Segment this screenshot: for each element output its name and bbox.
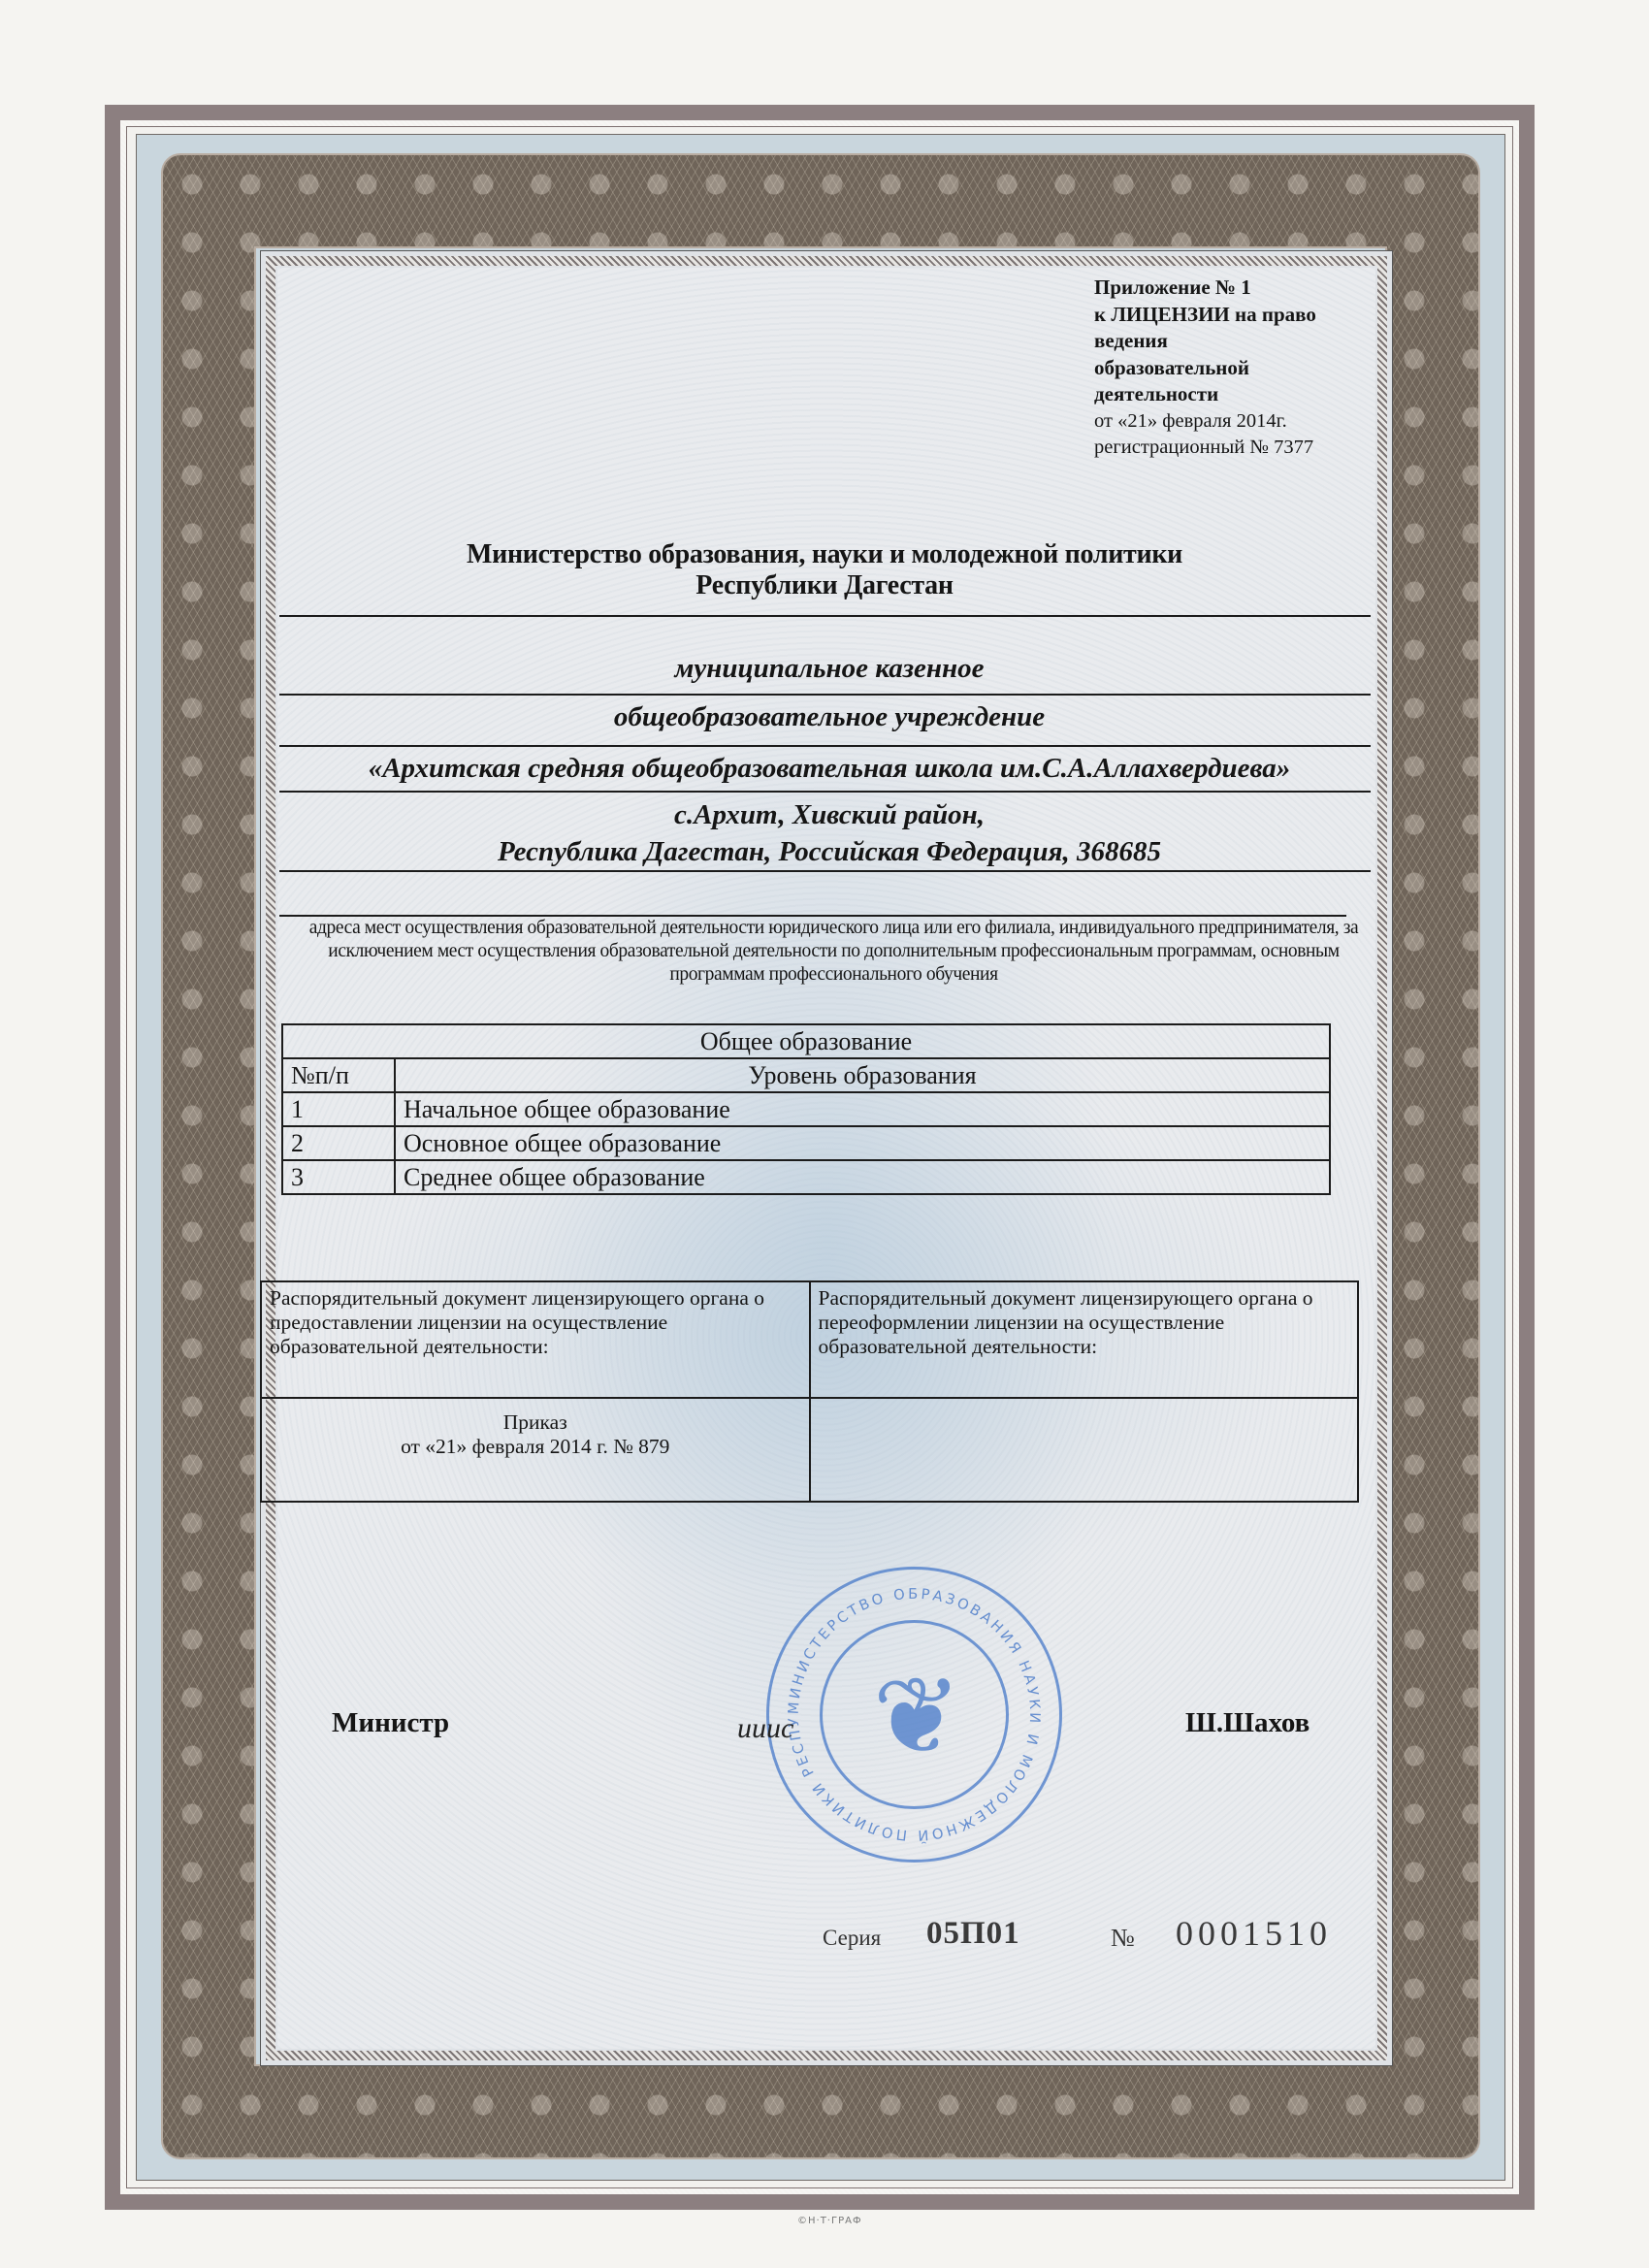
- printer-mark: ©Н·Т·ГРАФ: [797, 2216, 862, 2226]
- row-level: Начальное общее образование: [395, 1092, 1330, 1126]
- seal-inner-ring: ❦: [820, 1620, 1009, 1809]
- official-seal: МИНИСТЕРСТВО ОБРАЗОВАНИЯ НАУКИ И МОЛОДЕЖ…: [766, 1567, 1062, 1863]
- appendix-line4: образовательной: [1094, 355, 1385, 382]
- table-row: 3 Среднее общее образование: [282, 1160, 1330, 1194]
- org-line1: муниципальное казенное: [291, 652, 1368, 685]
- education-levels-table: Общее образование №п/п Уровень образован…: [281, 1023, 1331, 1195]
- appendix-line5: деятельности: [1094, 381, 1385, 408]
- grant-order-value: Приказ от «21» февраля 2014 г. № 879: [261, 1398, 810, 1502]
- address-note: адреса мест осуществления образовательно…: [283, 917, 1384, 987]
- order-type: Приказ: [270, 1410, 801, 1435]
- number-value: 0001510: [1176, 1913, 1332, 1954]
- ministry-title: Министерство образования, науки и молоде…: [291, 539, 1358, 601]
- grant-order-header: Распорядительный документ лицензирующего…: [261, 1281, 810, 1398]
- org-address1: с.Архит, Хивский район,: [291, 798, 1368, 831]
- rule: [279, 615, 1371, 617]
- series-value: 05П01: [926, 1916, 1020, 1952]
- table-row: 1 Начальное общее образование: [282, 1092, 1330, 1126]
- org-line2: общеобразовательное учреждение: [291, 700, 1368, 733]
- appendix-line1: Приложение № 1: [1094, 275, 1385, 302]
- appendix-header: Приложение № 1 к ЛИЦЕНЗИИ на право веден…: [1094, 275, 1385, 462]
- appendix-line3: ведения: [1094, 328, 1385, 355]
- ministry-line1: Министерство образования, науки и молоде…: [291, 539, 1358, 570]
- rule: [279, 791, 1371, 793]
- row-level: Среднее общее образование: [395, 1160, 1330, 1194]
- org-address2: Республика Дагестан, Российская Федераци…: [291, 835, 1368, 868]
- row-number: 1: [282, 1092, 395, 1126]
- org-name: «Архитская средняя общеобразовательная ш…: [291, 752, 1368, 785]
- eagle-emblem-icon: ❦: [823, 1623, 1012, 1812]
- rule: [279, 745, 1371, 747]
- row-number: 2: [282, 1126, 395, 1160]
- table-caption: Общее образование: [282, 1024, 1330, 1058]
- series-label: Серия: [823, 1926, 881, 1951]
- signatory-name: Ш.Шахов: [1185, 1707, 1309, 1739]
- appendix-line2: к ЛИЦЕНЗИИ на право: [1094, 302, 1385, 329]
- appendix-date: от «21» февраля 2014г.: [1094, 408, 1385, 436]
- reissue-order-header: Распорядительный документ лицензирующего…: [810, 1281, 1359, 1398]
- column-header-number: №п/п: [282, 1058, 395, 1092]
- handwritten-signature: ииис: [737, 1712, 793, 1745]
- rule: [279, 694, 1371, 696]
- reissue-order-value: [810, 1398, 1359, 1502]
- signatory-title: Министр: [332, 1707, 449, 1739]
- table-row: 2 Основное общее образование: [282, 1126, 1330, 1160]
- ministry-line2: Республики Дагестан: [291, 570, 1358, 601]
- number-label: №: [1111, 1924, 1135, 1953]
- rule: [279, 870, 1371, 872]
- column-header-level: Уровень образования: [395, 1058, 1330, 1092]
- row-number: 3: [282, 1160, 395, 1194]
- order-date-number: от «21» февраля 2014 г. № 879: [270, 1435, 801, 1459]
- row-level: Основное общее образование: [395, 1126, 1330, 1160]
- appendix-registration: регистрационный № 7377: [1094, 435, 1385, 462]
- orders-table: Распорядительный документ лицензирующего…: [260, 1280, 1359, 1503]
